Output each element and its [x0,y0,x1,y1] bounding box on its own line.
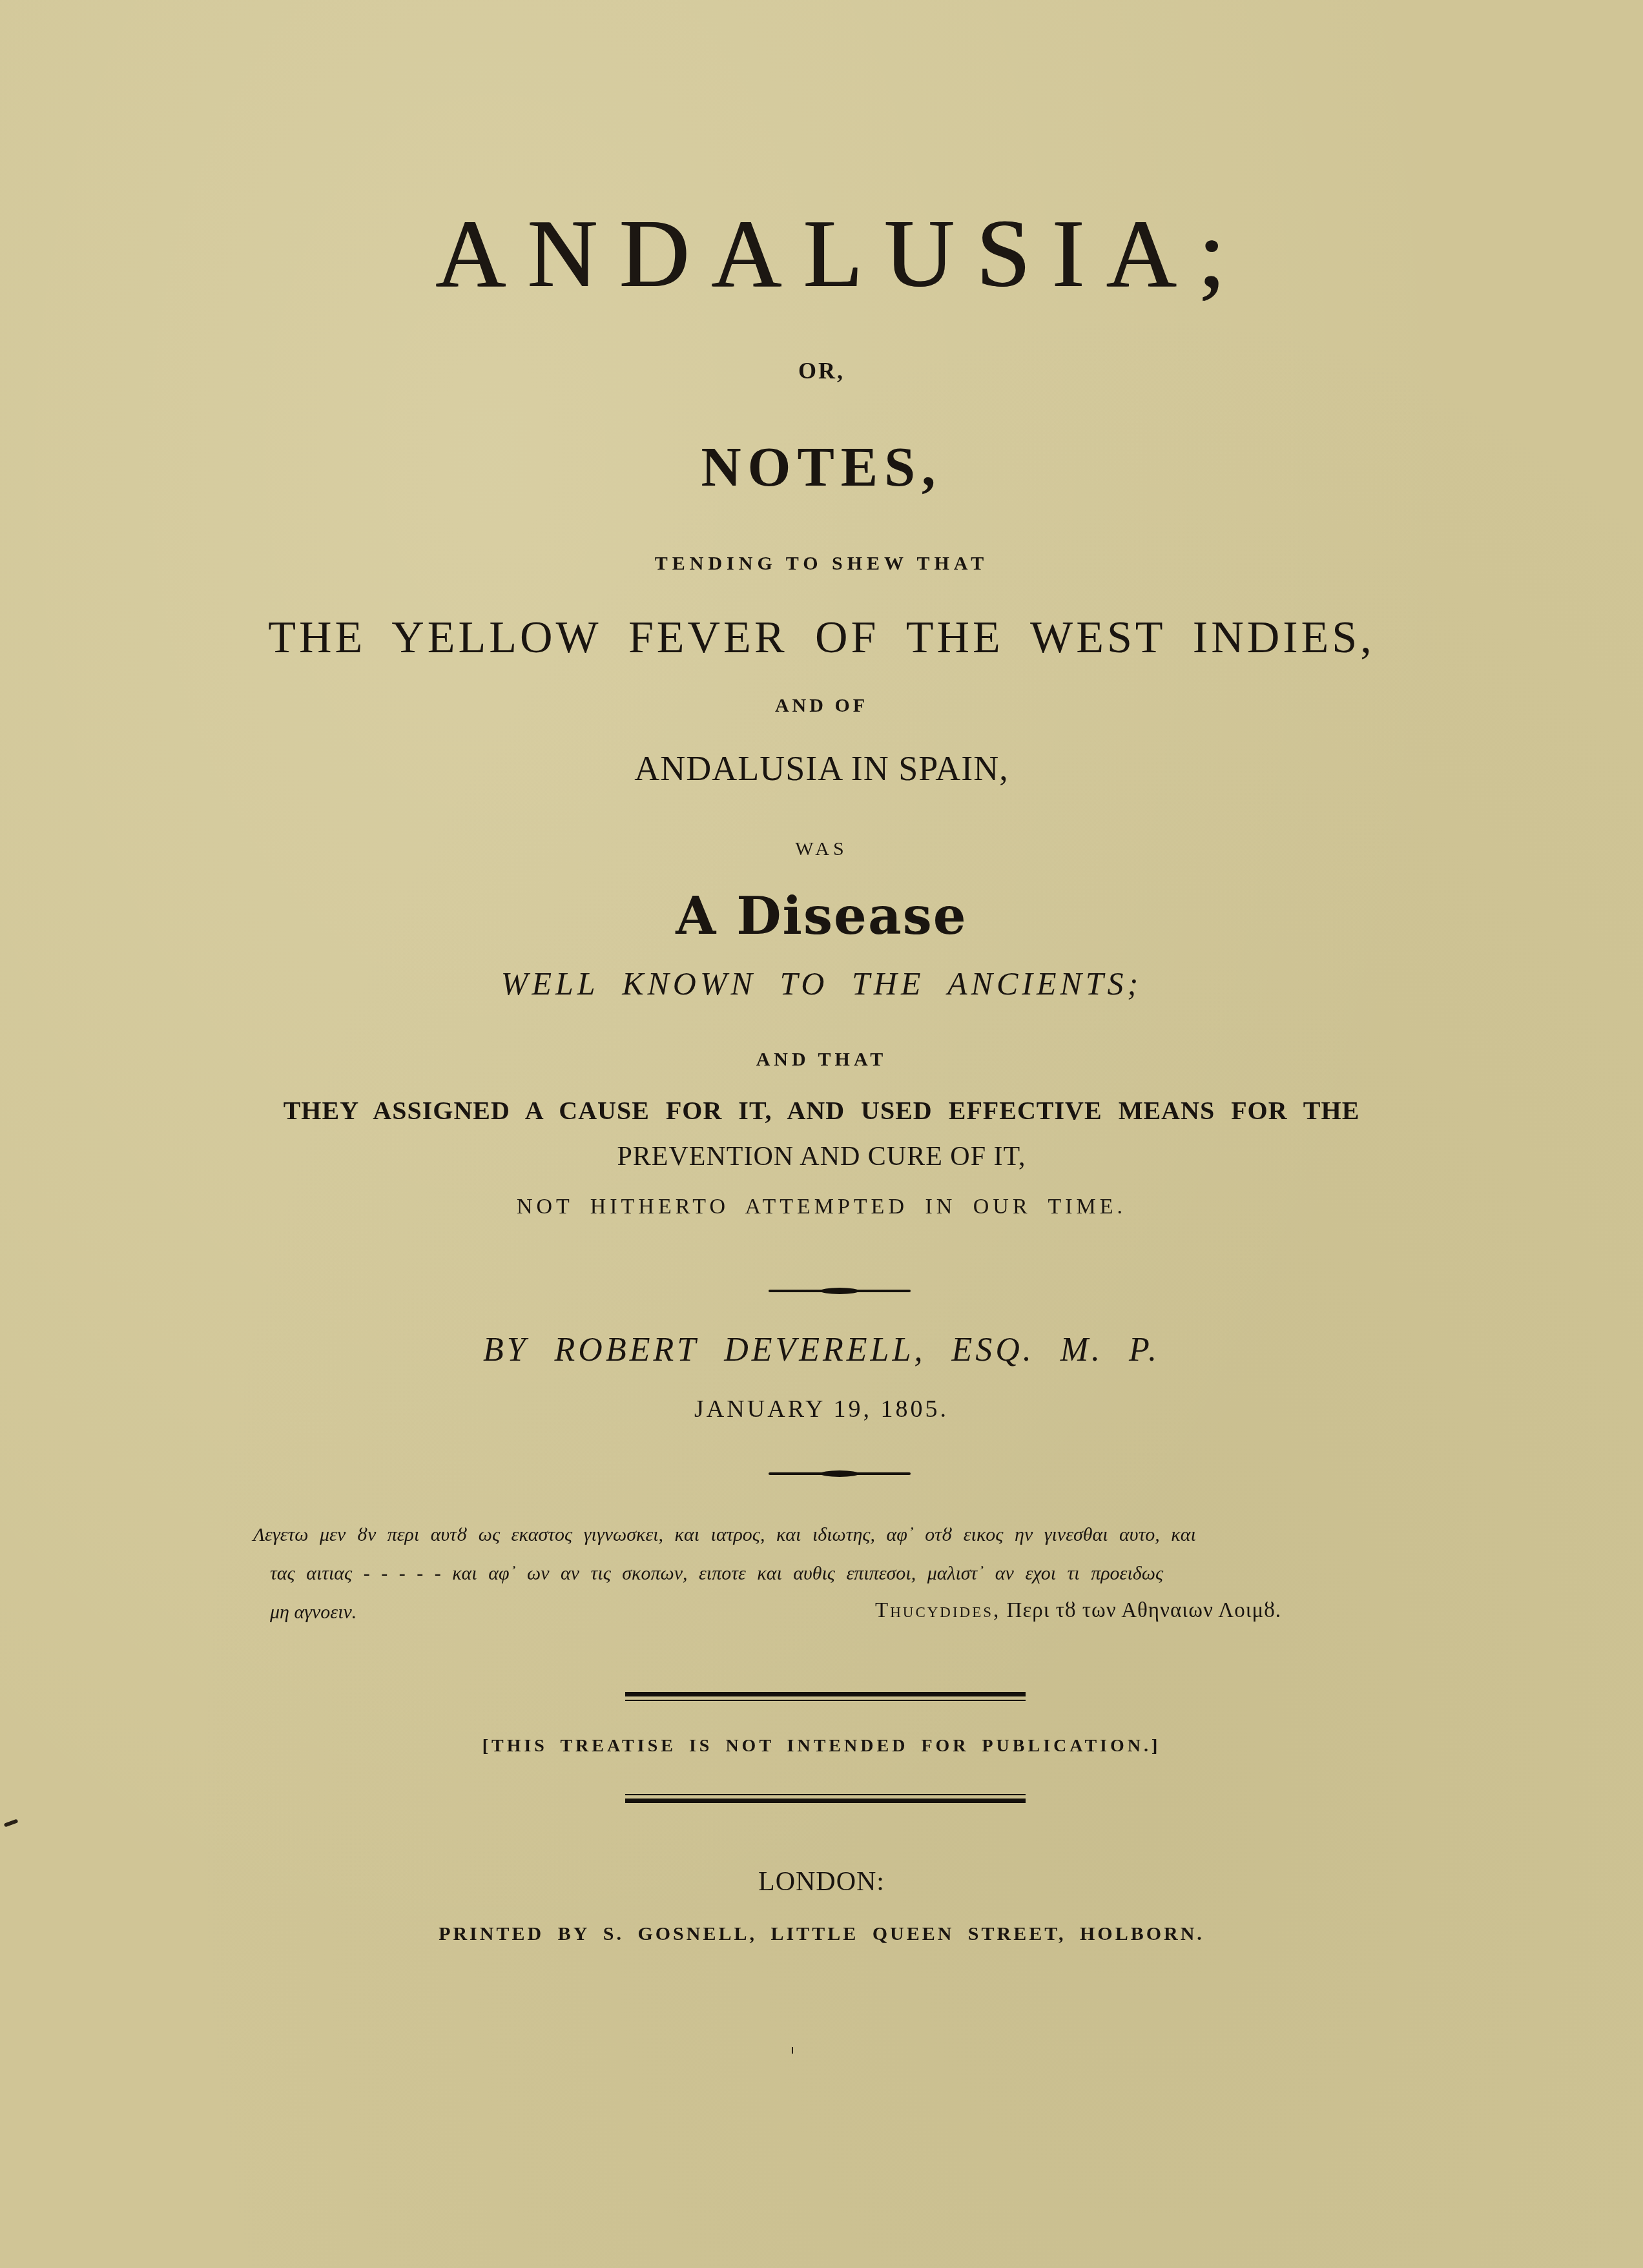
paper-blemish [792,2047,793,2054]
not-hitherto-line: NOT HITHERTO ATTEMPTED IN OUR TIME. [0,1196,1643,1218]
publication-notice: [THIS TREATISE IS NOT INTENDED FOR PUBLI… [0,1737,1643,1755]
main-title: ANDALUSIA; [0,205,1643,302]
well-known-line: WELL KNOWN TO THE ANCIENTS; [0,967,1643,1000]
tending-line: TENDING TO SHEW THAT [0,554,1643,573]
epigraph-citation: Thucydides, Περι τȣ των Αθηναιων Λοιμȣ. [875,1600,1281,1622]
publication-date: JANUARY 19, 1805. [0,1397,1643,1421]
or-connector: OR, [0,359,1643,382]
assigned-cause-line: THEY ASSIGNED A CAUSE FOR IT, AND USED E… [0,1098,1643,1124]
ornamental-rule-bottom [769,1470,911,1477]
andalusia-spain-line: ANDALUSIA IN SPAIN, [0,751,1643,786]
yellow-fever-line: THE YELLOW FEVER OF THE WEST INDIES, [0,615,1643,661]
author-byline: BY ROBERT DEVERELL, ESQ. M. P. [0,1334,1643,1367]
epigraph-line-1: Λεγετω μεν ȣν περι αυτȣ ως εκαστος γιγνω… [253,1525,1409,1545]
subtitle-notes: NOTES, [0,439,1643,495]
double-rule-upper [625,1692,1026,1701]
citation-work: Περι τȣ των Αθηναιων Λοιμȣ. [1007,1599,1281,1622]
double-rule-lower [625,1794,1026,1803]
prevention-line: PREVENTION AND CURE OF IT, [0,1143,1643,1170]
imprint-printer: PRINTED BY S. GOSNELL, LITTLE QUEEN STRE… [0,1924,1643,1944]
was-line: WAS [0,840,1643,859]
epigraph-line-2: τας αιτιας - - - - - και αφ᾽ ων αν τις σ… [270,1564,1426,1583]
imprint-place: LONDON: [0,1868,1643,1895]
blackletter-disease: A Disease [0,890,1643,942]
ornamental-rule-top [769,1288,911,1294]
and-that-line: AND THAT [0,1050,1643,1069]
citation-author: Thucydides, [875,1599,1000,1622]
paper-blemish [4,1819,19,1827]
title-page: ANDALUSIA; OR, NOTES, TENDING TO SHEW TH… [0,0,1643,2268]
and-of-line: AND OF [0,696,1643,716]
